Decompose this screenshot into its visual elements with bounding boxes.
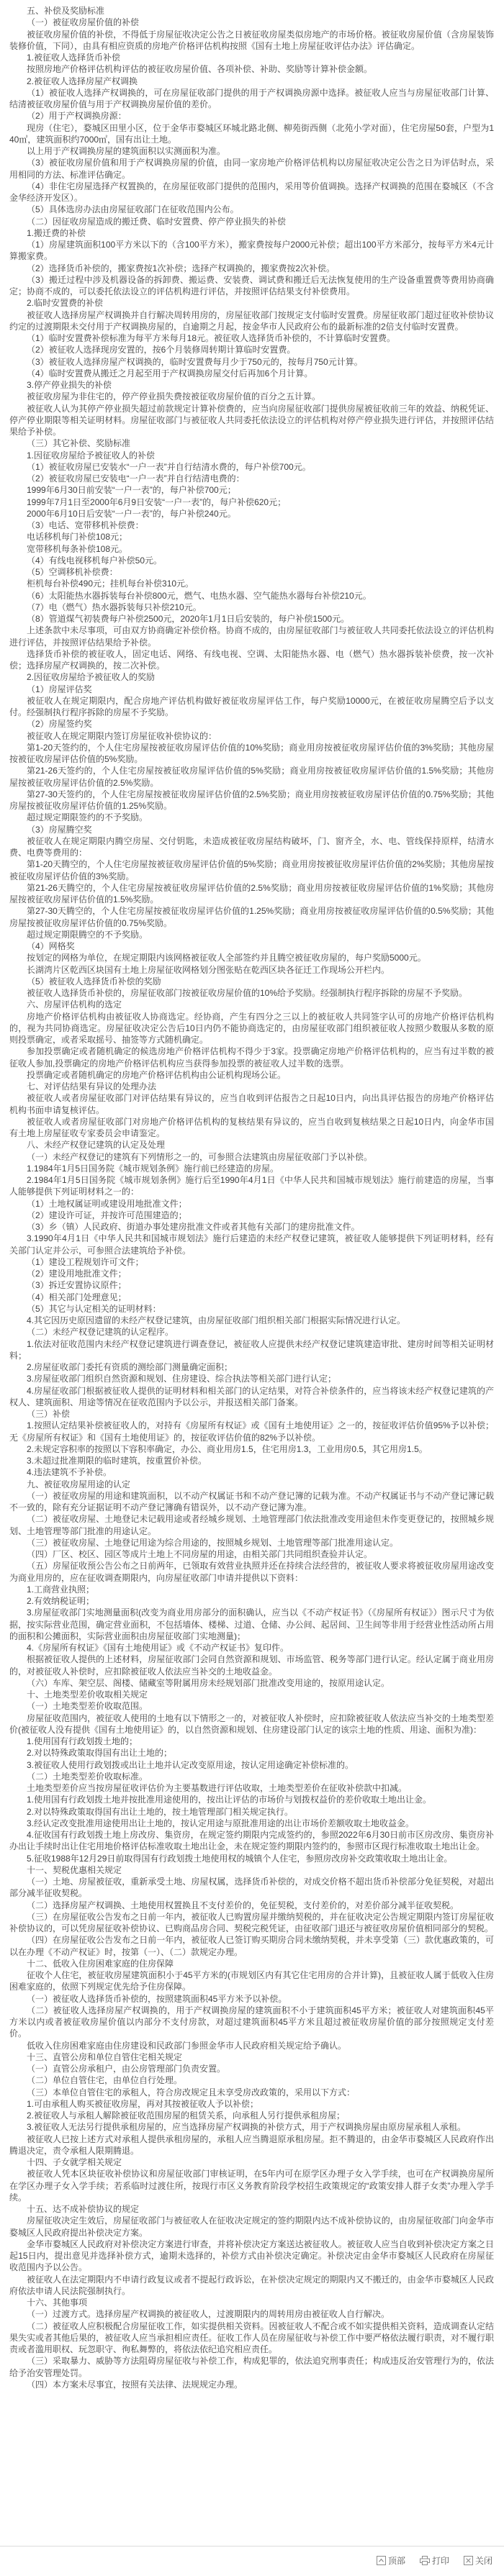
- paragraph: 超过规定期限腾空的不予奖励。: [9, 929, 494, 940]
- paragraph: 被征收人在规定期限内，配合房地产评估机构做好被征收房屋评估工作，每户奖励1000…: [9, 695, 494, 719]
- paragraph: （三）其它补偿、奖励标准: [9, 437, 494, 449]
- paragraph: （1）被征收人选择产权调换的，可在房屋征收部门提供的用于产权调换房源中选择。被征…: [9, 87, 494, 111]
- paragraph: 超过规定期限签约的不予奖励。: [9, 812, 494, 823]
- paragraph: （一）过渡方式。选择房屋产权调换的被征收人，过渡期限内的周转用房由被征收人自行解…: [9, 2308, 494, 2320]
- paragraph: （二）土地类型差价收取标准。: [9, 1771, 494, 1782]
- paragraph: 2000年6月10日后安装“一户一表”的，每户补偿240元。: [9, 508, 494, 520]
- paragraph: 九、被征收房屋用途的认定: [9, 1479, 494, 1490]
- paragraph: （一）直管公房承租户，由公房管理部门负责安置。: [9, 2063, 494, 2074]
- back-to-top-icon: [377, 2556, 386, 2565]
- paragraph: （二）被征收人应积极配合房屋征收工作，如实提供相关资料。因被征收人不配合或不如实…: [9, 2321, 494, 2356]
- paragraph: （三）在房屋征收公告发布之日前一年内，被征收人已购置房屋并缴纳契税的，并在征收决…: [9, 1911, 494, 1935]
- paragraph: 电话移机每门补偿108元；: [9, 531, 494, 543]
- paragraph: 按照房地产价格评估机构评估的被征收房屋价值、各项补偿、补助、奖励等计算补偿金额。: [9, 63, 494, 75]
- paragraph: （三）采取暴力、威胁等方法阻碍房屋征收与补偿工作，构成犯罪的，依法追究刑事责任；…: [9, 2355, 494, 2379]
- paragraph: 十六、其他事项: [9, 2297, 494, 2308]
- paragraph: （二）被征收人选择房屋产权调换的，用于产权调换房屋的建筑面积不小于建筑面积45平…: [9, 2005, 494, 2040]
- paragraph: （六）车库、架空层、阁楼、储藏室等附属用房未经规划部门批准改变用途的，按原用途认…: [9, 1677, 494, 1689]
- paragraph: 被征收人在法定期限内不申请行政复议或者不提起行政诉讼，在补偿决定规定的期限内又不…: [9, 2274, 494, 2298]
- paragraph: （三）补偿: [9, 1408, 494, 1420]
- paragraph: （6）太阳能热水器拆装每台补偿800元，燃气、电热水器、空气能热水器每台补偿21…: [9, 590, 494, 602]
- paragraph: 十五、达不成补偿协议的规定: [9, 2203, 494, 2215]
- paragraph: 上述条款中未尽事项，可由双方协商确定补偿价格。协商不成的，由房屋征收部门与被征收…: [9, 625, 494, 648]
- paragraph: 3.停产停业损失的补偿: [9, 379, 494, 391]
- paragraph: 十三、直管公房和单位自管住宅相关规定: [9, 2051, 494, 2063]
- paragraph: 被征收人或者房屋征收部门对房地产价格评估机构的复核结果有异议的，应当自收到复核结…: [9, 1116, 494, 1140]
- paragraph: 4.其它因历史原因遗留的未经产权登记建筑，由房屋征收部门组织相关部门根据实际情况…: [9, 1315, 494, 1326]
- paragraph: 2.被征收人与承租人解除被征收范围房屋的租赁关系，向承租人另行提供承租房屋；: [9, 2110, 494, 2121]
- paragraph: 七、对评估结果有异议的处理办法: [9, 1081, 494, 1092]
- paragraph: 被征收人或者房屋征收部门对评估结果有异议的，应当自收到评估报告之日起10日内，向…: [9, 1092, 494, 1116]
- paragraph: （3）乡（镇）人民政府、街道办事处建房批准文件或者其他有关部门的建房批准文件。: [9, 1221, 494, 1233]
- paragraph: （一）被征收人选择货币补偿的，按照建筑面积45平方米予以补偿。: [9, 1993, 494, 2005]
- print-icon: [420, 2556, 430, 2565]
- paragraph: 第27-30天签约的，个人住宅房屋按被征收房屋评估价值的2.5%奖励；商业用房按…: [9, 789, 494, 812]
- paragraph: 1.按照认定结果补偿被征收人的，对持有《房屋所有权证》或《国有土地使用证》之一的…: [9, 1420, 494, 1443]
- paragraph: 1.工商营业执照；: [9, 1584, 494, 1595]
- paragraph: （2）被征收房屋已安装电“一户一表”并自行结清电费的：: [9, 473, 494, 484]
- paragraph: 1.搬迁费的补偿: [9, 227, 494, 239]
- paragraph: 2.对以特殊政策取得国有出让土地的；: [9, 1747, 494, 1759]
- paragraph: （4）临时安置费从搬迁之月起至用于产权调换房屋交付后再加6个月计算。: [9, 368, 494, 379]
- paragraph: 2.因征收房屋给予被征收人的奖励: [9, 671, 494, 683]
- paragraph: 2.有效纳税证明；: [9, 1595, 494, 1607]
- paragraph: 根据被征收人提供的上述材料，房屋征收部门会同自然资源和规划、市场监管、税务等部门…: [9, 1654, 494, 1677]
- back-to-top-link[interactable]: 顶部: [377, 2554, 405, 2567]
- paragraph: 被征收人在规定期限内腾空房屋、交付钥匙，未造成被征收房屋结构破坏，门、窗齐全，水…: [9, 835, 494, 859]
- paragraph: 1999年7月1日至2000年6月9日安装“一户一表”的，每户补偿620元；: [9, 496, 494, 508]
- paragraph: 被征收人认为其停产停业损失超过前款规定计算补偿费的，应当向房屋征收部门提供房屋被…: [9, 403, 494, 438]
- paragraph: 1.使用国有行政划拨土地的；: [9, 1736, 494, 1747]
- paragraph: 第1-20天签约的，个人住宅房屋按被征收房屋评估价值的10%奖励；商业用房按被征…: [9, 742, 494, 766]
- close-icon: [464, 2556, 473, 2565]
- paragraph: 1.可由承租人购买被征收房屋，再对其按被征收人予以补偿；: [9, 2098, 494, 2110]
- paragraph: 1.依法对征收范围内未经产权登记建筑进行调查登记，被征收人应提供未经产权登记建筑…: [9, 1338, 494, 1362]
- paragraph: （4）有线电视移机每户补偿50元。: [9, 555, 494, 566]
- paragraph: （1）房屋建筑面积100平方米以下的（含100平方米），搬家费按每户2000元补…: [9, 239, 494, 263]
- paragraph: （二）单位自管住宅，由单位自行处理。: [9, 2074, 494, 2086]
- paragraph: 土地类型差价应当按房屋征收评估价为主要基数进行评估收取，土地类型差价在征收补偿款…: [9, 1782, 494, 1794]
- paragraph: （3）被征收房屋价值和用于产权调换房屋的价值，由同一家房地产价格评估机构以房屋征…: [9, 157, 494, 181]
- paragraph: 被征收人选择房屋产权调换并自行解决周转用房的，房屋征收部门按规定支付临时安置费。…: [9, 309, 494, 333]
- paragraph: 六、房屋评估机构的选定: [9, 999, 494, 1010]
- paragraph: （一）被征收房屋价值的补偿: [9, 17, 494, 28]
- back-to-top-label: 顶部: [388, 2554, 405, 2567]
- close-label: 关闭: [475, 2554, 492, 2567]
- paragraph: （5）被征收人选择货币补偿的奖励: [9, 976, 494, 987]
- paragraph: （一）土地、房屋被征收，重新承受土地、房屋权属，选择货币补偿的，对成交价格不超出…: [9, 1876, 494, 1900]
- paragraph: 十一、契税优惠相关规定: [9, 1864, 494, 1876]
- paragraph: 十、土地类型差价收取相关规定: [9, 1689, 494, 1700]
- paragraph: （2）用于产权调换房源：: [9, 110, 494, 122]
- paragraph: （2）被征收人选择现房安置的，按6个月装修周转期计算临时安置费。: [9, 344, 494, 355]
- paragraph: 长湖湾片区乾西区块国有土地上房屋征收网格划分图张贴在乾西区块各征迁工作现场公开栏…: [9, 964, 494, 976]
- paragraph: 选择货币补偿的被征收人，固定电话、网络、有线电视、空调、太阳能热水器、电（燃气）…: [9, 648, 494, 672]
- paragraph: （四）厂区、校区、园区等成片土地上不同房屋的用途，由相关部门共同组织查验并认定。: [9, 1548, 494, 1560]
- paragraph: （1）土地权属证明或建设用地批准文件；: [9, 1198, 494, 1210]
- paragraph: 3.房屋征收部门实地测量面积(改变为商业用房部分的面积确认，应当以《不动产权证书…: [9, 1607, 494, 1642]
- paragraph: 房地产价格评估机构由被征收人协商选定。经协商，产生有四分之三以上的被征收人共同签…: [9, 1011, 494, 1046]
- paragraph: 征收个人住宅，被征收房屋建筑面积小于45平方米的(市规划区内有其它住宅用房的合并…: [9, 1969, 494, 1993]
- paragraph: （5）具体选房办法由房屋征收部门在征收范围内公布。: [9, 204, 494, 215]
- paragraph: 柜机每台补偿490元；挂机每台补偿310元。: [9, 578, 494, 589]
- paragraph: （2）建设用地批准文件；: [9, 1268, 494, 1279]
- paragraph: 八、未经产权登记建筑的认定及处理: [9, 1139, 494, 1151]
- paragraph: 被征收人选择货币补偿的，房屋征收部门按被征收房屋价值的10%给予奖励。经强制执行…: [9, 987, 494, 999]
- paragraph: 2.未规定容积率的按照以下容积率确定，办公、商业用房1.5，住宅用房1.3，工业…: [9, 1443, 494, 1455]
- print-label: 打印: [432, 2554, 449, 2567]
- paragraph: （3）房屋腾空奖: [9, 824, 494, 835]
- paragraph: 5.征收1988年12月29日前取得国有行政划拨土地使用权的城镇个人住宅，参照房…: [9, 1853, 494, 1864]
- paragraph: 第21-26天签约的，个人住宅房屋按被征收房屋评估价值的5%奖励；商业用房按被征…: [9, 765, 494, 789]
- paragraph: （三）本单位自管住宅的承租人，符合房改规定且未享受房改政策的，采用以下方式：: [9, 2087, 494, 2098]
- paragraph: 1.1984年1月5日国务院《城市规划条例》施行前已经建造的房屋。: [9, 1163, 494, 1174]
- paragraph: 投票确定或者随机确定的房地产价格评估机构由公证机构现场公证。: [9, 1069, 494, 1081]
- paragraph: 2.临时安置费的补偿: [9, 297, 494, 309]
- paragraph: （二）被征收房屋、土地登记未记载用途或者经城乡规划、土地管理部门依法批准改变用途…: [9, 1513, 494, 1537]
- paragraph: 3.被征收人使用行政划拨或出让土地并认定改变原用途，按认定用途确定补偿标准的。: [9, 1759, 494, 1771]
- paragraph: 十四、子女就学相关规定: [9, 2157, 494, 2168]
- paragraph: （2）房屋签约奖: [9, 718, 494, 730]
- paragraph: 1.因征收房屋给予被征收人的补偿: [9, 450, 494, 461]
- print-link[interactable]: 打印: [420, 2554, 449, 2567]
- paragraph: 3.房屋征收部门组织自然资源和规划、住房建设、综合执法等相关部门进行认定；: [9, 1373, 494, 1384]
- paragraph: 现房（住宅），婺城区田里小区，位于金华市婺城区环城北路北侧、柳苑街西侧（北苑小学…: [9, 122, 494, 146]
- paragraph: （2）选择货币补偿的，搬家费按1次补偿；选择产权调换的，搬家费按2次补偿。: [9, 263, 494, 274]
- paragraph: 2.被征收人选择房屋产权调换: [9, 76, 494, 87]
- paragraph: （二）未经产权登记建筑的认定程序。: [9, 1326, 494, 1338]
- paragraph: 第21-26天腾空的，个人住宅房屋按被征收房屋评估价值的2.5%奖励；商业用房按…: [9, 882, 494, 906]
- paragraph: 4.房屋征收部门根据被征收人提供的证明材料和相关部门的认定结果，对符合补偿条件的…: [9, 1385, 494, 1409]
- paragraph: 被征收人已按上述方式对承租人提供承租房屋的，承租人应当腾退原承租房屋。拒不腾退的…: [9, 2133, 494, 2157]
- paragraph: 房屋征收决定生效后，房屋征收部门与被征收人在征收决定规定的签约期限内达不成补偿协…: [9, 2215, 494, 2239]
- paragraph: 金华市婺城区人民政府对补偿决定方案进行审查，并将补偿决定方案送达被征收人。被征收…: [9, 2239, 494, 2274]
- paragraph: 2.1984年1月5日国务院《城市规划条例》施行后至1990年4月1日《中华人民…: [9, 1174, 494, 1198]
- paragraph: （一）土地类型差价收取范围。: [9, 1700, 494, 1712]
- close-link[interactable]: 关闭: [464, 2554, 492, 2567]
- paragraph: 3.被征收人无法另行提供承租房屋的，应当选择房屋产权调换的补偿方式，用于产权调换…: [9, 2121, 494, 2133]
- paragraph: （四）本方案未尽事宜，按照有关法律、法规规定办理。: [9, 2379, 494, 2390]
- paragraph: （1）建设工程规划许可文件；: [9, 1256, 494, 1268]
- paragraph: 低收入住房困难家庭由住房建设和民政部门参照金华市人民政府相关规定给予确认。: [9, 2040, 494, 2051]
- paragraph: 2.对以特殊政策取得国有出让土地的，按土地管理部门相关规定执行。: [9, 1806, 494, 1818]
- paragraph: （3）搬迁过程中涉及机器设备的拆卸费、搬运费、安装费、调试费和搬迁后无法恢复使用…: [9, 274, 494, 298]
- paragraph: 被征收人在规定期限内签订房屋征收补偿协议的：: [9, 730, 494, 742]
- paragraph: （3）拆迁安置协议原件；: [9, 1279, 494, 1291]
- paragraph: （5）空调移机补偿费：: [9, 566, 494, 578]
- paragraph: 房屋征收范围内，被征收人使用的土地有以下情形之一的，对被征收人补偿时，应扣除被征…: [9, 1713, 494, 1736]
- paragraph: （2）建设许可证，并按许可范围建造的；: [9, 1210, 494, 1221]
- paragraph: （三）被征收房屋、土地登记用途为综合用途的，按照城乡规划、土地管理等部门批准用途…: [9, 1537, 494, 1548]
- paragraph: 第1-20天腾空的，个人住宅房屋按被征收房屋评估价值的5%奖励；商业用房按被征收…: [9, 858, 494, 882]
- paragraph: 宽带移机每条补偿108元。: [9, 543, 494, 555]
- paragraph: （1）临时安置费补偿标准为每平方米每月18元。被征收人选择货币补偿的，不计算临时…: [9, 332, 494, 344]
- paragraph: 参加投票确定或者随机确定的候选房地产价格评估机构不得少于3家。投票确定房地产价格…: [9, 1046, 494, 1069]
- paragraph: （3）电话、宽带移机补偿费：: [9, 520, 494, 531]
- paragraph: （1）被征收房屋已安装水“一户一表”并自行结清水费的，每户补偿700元。: [9, 461, 494, 473]
- paragraph: 以上用于产权调换房屋的建筑面积以实测面积为准。: [9, 145, 494, 157]
- paragraph: （五）房屋征收预公告公布之日前两年，已领取有效营业执照并还在持续合法经营的，被征…: [9, 1560, 494, 1584]
- paragraph: 被征收房屋价值的补偿，不得低于房屋征收决定公告之日被征收房屋类似房地产的市场价格…: [9, 29, 494, 53]
- paragraph: 4.违法建筑不予补偿。: [9, 1466, 494, 1478]
- paragraph: （7）电（燃气）热水器拆装每只补偿210元。: [9, 602, 494, 613]
- paragraph: （一）被征收房屋的用途和建筑面积，以不动产权属证书和不动产登记簿的记载为准。不动…: [9, 1490, 494, 1514]
- paragraph: 1.使用国有行政划拨土地并按批准用途使用的，按出让评估的市场价与划拨权益价的差价…: [9, 1794, 494, 1805]
- page-footer: 顶部 打印 关闭: [0, 2546, 504, 2576]
- paragraph: （8）管道煤气初装费每户补偿2500元，2020年1月1日后安装的，每户补偿15…: [9, 613, 494, 625]
- paragraph: 五、补偿及奖励标准: [9, 5, 494, 17]
- paragraph: （二）选择房屋产权调换、土地使用权置换且不支付差价的，免征契税，支付差价的，对差…: [9, 1900, 494, 1911]
- paragraph: 1999年6月30日前安装“一户一表”的，每户补偿700元；: [9, 484, 494, 496]
- paragraph: （3）被征收人选择房屋产权调换的，临时安置费每月少于750元的，按每月750元计…: [9, 356, 494, 368]
- paragraph: 被征收房屋为非住宅的，停产停业损失费按被征收房屋价值的百分之五计算。: [9, 391, 494, 402]
- paragraph: 第27-30天腾空的，个人住宅房屋按被征收房屋评估价值的1.25%奖励；商业用房…: [9, 905, 494, 929]
- paragraph: （4）相关部门处理意见；: [9, 1292, 494, 1303]
- paragraph: （1）房屋评估奖: [9, 684, 494, 695]
- document-body: 五、补偿及奖励标准（一）被征收房屋价值的补偿被征收房屋价值的补偿，不得低于房屋征…: [0, 0, 504, 2530]
- paragraph: 3.1990年4月1日《中华人民共和国城市规划法》施行后建造的未经产权登记建筑，…: [9, 1233, 494, 1256]
- paragraph: （5）其它与认定相关的证明材料：: [9, 1303, 494, 1315]
- paragraph: 被征收人凭本区块征收补偿协议和房屋征收部门审核证明，在5年内可在原学区办理子女入…: [9, 2168, 494, 2203]
- paragraph: 4.《房屋所有权证》《国有土地使用证》或《不动产权证书》复印件。: [9, 1642, 494, 1654]
- paragraph: 4.征收国有行政划拨土地上房改房、集资房，在规定签约期限内完成签约的，参照202…: [9, 1829, 494, 1853]
- paragraph: 1.被征收人选择货币补偿: [9, 52, 494, 63]
- paragraph: （四）在房屋征收公告发布之日前一年内，被征收人已签订购买期房合同未缴纳契税，并未…: [9, 1934, 494, 1958]
- paragraph: 按划定的网格为单位，在规定期限内该网格被征收人全部签约并且腾空被征收房屋的，每户…: [9, 952, 494, 963]
- paragraph: （4）非住宅房屋选择产权置换的，在房屋征收部门提供的范围内，采用等价值调换。选择…: [9, 181, 494, 204]
- paragraph: （一）未经产权登记的建筑有下列情形之一的，可参照合法建筑由房屋征收部门予以补偿。: [9, 1151, 494, 1163]
- paragraph: 3.未超过批准期限的临时建筑，按重置价补偿。: [9, 1455, 494, 1466]
- paragraph: 2.房屋征收部门委托有资质的测绘部门测量确定面积；: [9, 1361, 494, 1373]
- paragraph: 十二、低收入住房困难家庭的住房保障: [9, 1958, 494, 1969]
- paragraph: （4）网格奖: [9, 940, 494, 952]
- paragraph: （二）因征收房屋造成的搬迁费、临时安置费、停产停业损失的补偿: [9, 216, 494, 227]
- paragraph: 3.经认定改变批准用途使用出让土地的，按认定用途与原批准用途的出让市场价差额收取…: [9, 1818, 494, 1829]
